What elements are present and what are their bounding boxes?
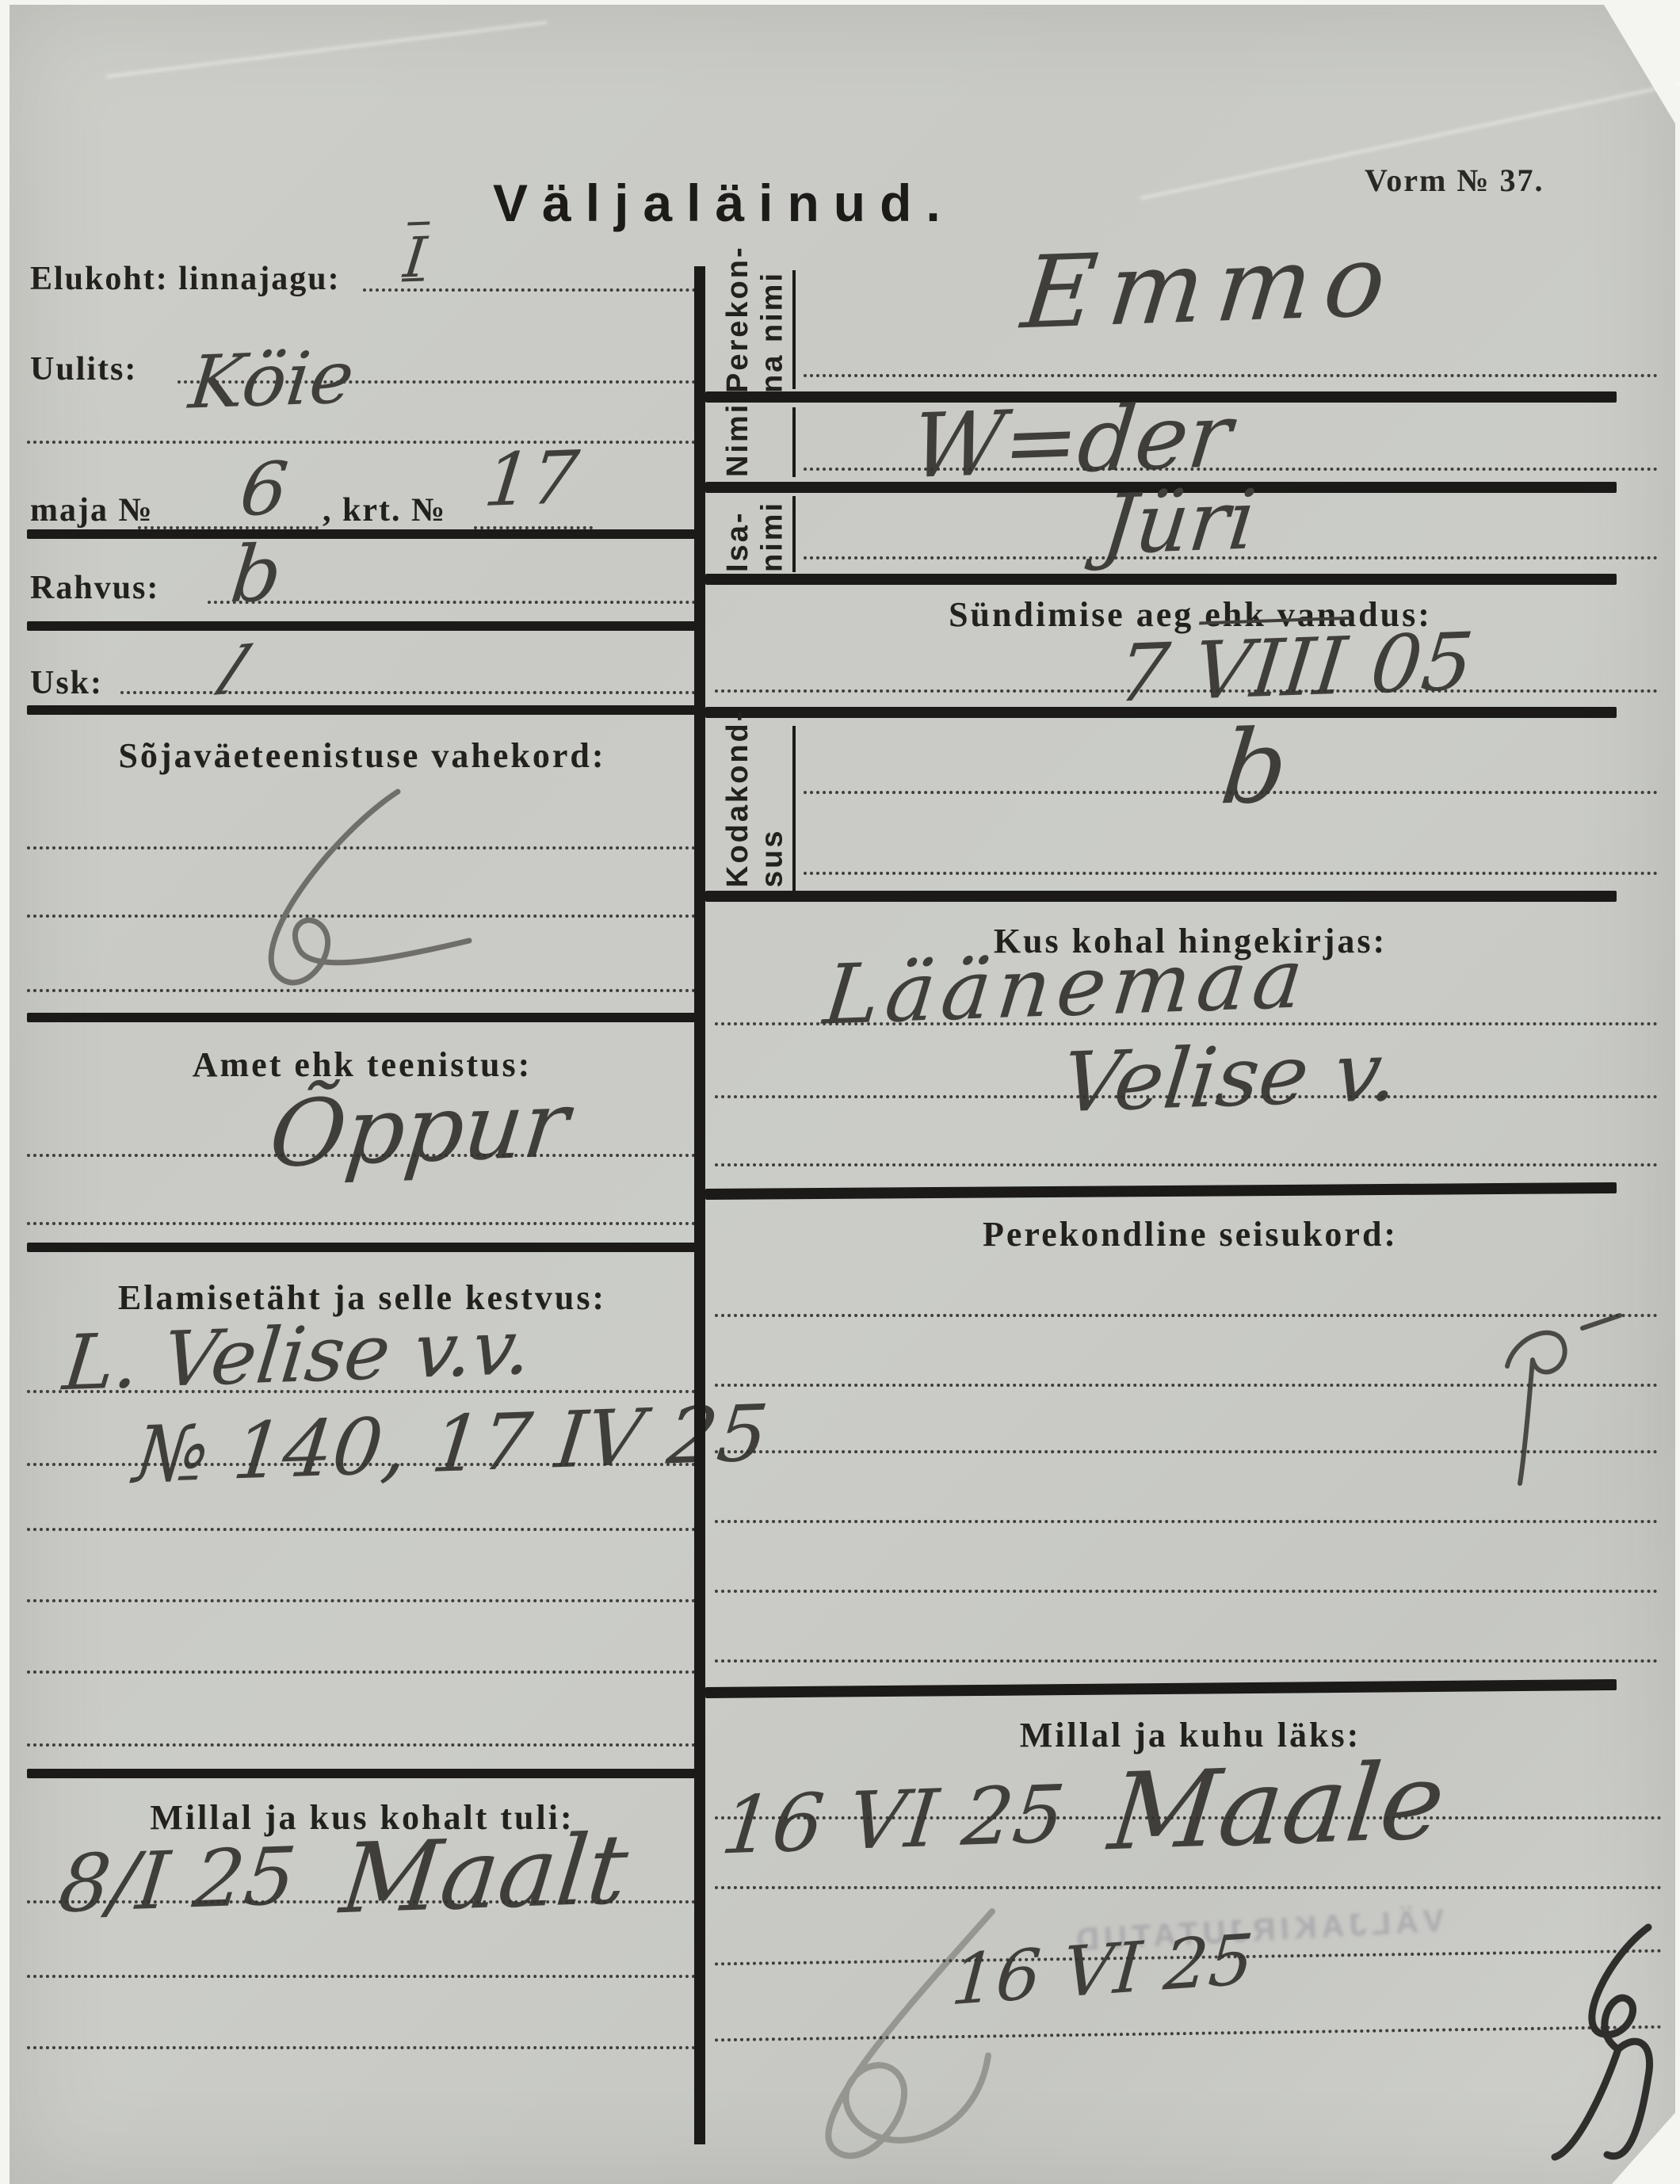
sundimise-day: 7 (1113, 626, 1174, 720)
sundimise-month: VIII (1189, 620, 1351, 718)
scanned-document: Väljaläinud. Vorm № 37. Elukoht: linnaja… (0, 0, 1680, 2184)
blank-dotted-line (27, 1975, 702, 1978)
column-divider (694, 266, 705, 2144)
blank-dotted-line (715, 1384, 1658, 1387)
rahvus-dotted-line (208, 601, 702, 604)
uulits-label: Uulits: (30, 350, 137, 388)
maja-label: maja № (30, 491, 154, 529)
form-number: Vorm № 37. (1365, 162, 1544, 199)
isanimi-dotted-line (804, 556, 1658, 559)
paper-sheet: Väljaläinud. Vorm № 37. Elukoht: linnaja… (10, 5, 1675, 2184)
separator-line (705, 574, 1617, 585)
separator-line (27, 1013, 697, 1022)
sojavae-heading: Sõjaväeteenistuse vahekord: (27, 735, 697, 776)
kodakondsus-dotted-line (804, 791, 1658, 794)
blank-dotted-line (27, 1743, 702, 1747)
millal-tuli-handwritten-date: 8/I 25 (55, 1830, 300, 1930)
maja-handwritten-value: 6 (236, 446, 292, 533)
blank-dotted-line (27, 1154, 702, 1157)
perekonnanimi-vertical-label: Perekon- na nimi (721, 266, 790, 393)
krt-handwritten-value: 17 (480, 435, 582, 523)
elukoht-handwritten-value: I (401, 225, 430, 291)
perekondline-heading: Perekondline seisukord: (707, 1214, 1674, 1254)
hingekirjas-handwritten-line1: Läänemaa (819, 930, 1314, 1043)
elamisetaht-dotted-line (27, 1390, 702, 1393)
hingekirjas-dotted-line (715, 1022, 1658, 1025)
separator-line (27, 621, 697, 631)
blank-dotted-line (715, 1590, 1658, 1593)
separator-line (705, 1182, 1617, 1200)
blank-dotted-line (27, 1670, 702, 1674)
millal-laks-dotted-line (715, 1816, 1662, 1819)
signature-flourish (1482, 1913, 1680, 2174)
hingekirjas-dotted-line (715, 1095, 1658, 1098)
amet-handwritten-value: Õppur (265, 1071, 574, 1189)
blank-dotted-line (715, 1659, 1658, 1663)
kodakondsus-handwritten-value: b (1216, 708, 1293, 828)
rahvus-handwritten-value: b (227, 529, 286, 620)
rahvus-label: Rahvus: (30, 569, 159, 607)
blank-dotted-line (715, 1520, 1658, 1523)
perekondline-handwritten-flourish (1420, 1311, 1650, 1493)
paper-crease-top-left (106, 21, 547, 78)
blank-dotted-line (715, 1163, 1658, 1166)
elamisetaht-handwritten-line2: № 140, 17 IV 25 (130, 1388, 772, 1501)
separator-line (27, 529, 697, 539)
blank-dotted-line (27, 1222, 702, 1225)
separator-line (27, 1769, 697, 1778)
form-title: Väljaläinud. (493, 173, 955, 233)
separator-line (27, 1243, 697, 1252)
perekonnanimi-dotted-line (804, 374, 1658, 377)
krt-label: , krt. № (323, 491, 446, 529)
sundimise-dotted-line (715, 689, 1658, 693)
nimi-dotted-line (804, 468, 1658, 471)
blank-dotted-line (715, 1886, 1662, 1889)
kodakondsus-vertical-label: Kodakond- sus (721, 732, 790, 888)
label-box-line (792, 270, 796, 389)
separator-line (705, 891, 1617, 902)
label-box-line (792, 726, 796, 891)
kodakondsus-dotted-line (804, 872, 1658, 875)
perekonnanimi-handwritten-value: Emmo (1017, 222, 1403, 351)
blank-dotted-line (27, 2046, 702, 2049)
elukoht-label: Elukoht: linnajagu: (30, 260, 341, 298)
nimi-vertical-label: Nimi (721, 410, 756, 477)
separator-line (705, 1679, 1617, 1698)
blank-dotted-line (27, 1528, 702, 1531)
millal-laks-handwritten-date: 16 VI 25 (717, 1768, 1069, 1873)
sundimise-handwritten-value: 7 VIII 05 (1113, 615, 1477, 720)
millal-tuli-handwritten-place: Maalt (336, 1813, 633, 1935)
label-box-line (792, 407, 796, 477)
blank-dotted-line (27, 1599, 702, 1602)
separator-line (27, 705, 697, 715)
sundimise-year: 05 (1366, 615, 1477, 711)
blank-dotted-line (27, 441, 702, 444)
label-box-line (792, 496, 796, 572)
separator-line (705, 707, 1617, 718)
hingekirjas-handwritten-line2: Velise v. (1058, 1023, 1403, 1132)
paper-corner-top-right (1604, 5, 1675, 124)
isanimi-vertical-label: Isa- nimi (721, 496, 790, 572)
usk-label: Usk: (30, 664, 103, 702)
usk-handwritten-value: l (203, 632, 262, 711)
blank-dotted-line (27, 1463, 702, 1466)
millal-laks-handwritten-place: Maale (1104, 1739, 1450, 1875)
blank-dotted-line (715, 1314, 1658, 1317)
blank-dotted-line (715, 1450, 1658, 1453)
sojavae-handwritten-flourish (152, 785, 493, 991)
blank-dotted-line (27, 1900, 702, 1903)
usk-dotted-line (120, 691, 702, 694)
uulits-handwritten-value: Köie (185, 334, 358, 425)
